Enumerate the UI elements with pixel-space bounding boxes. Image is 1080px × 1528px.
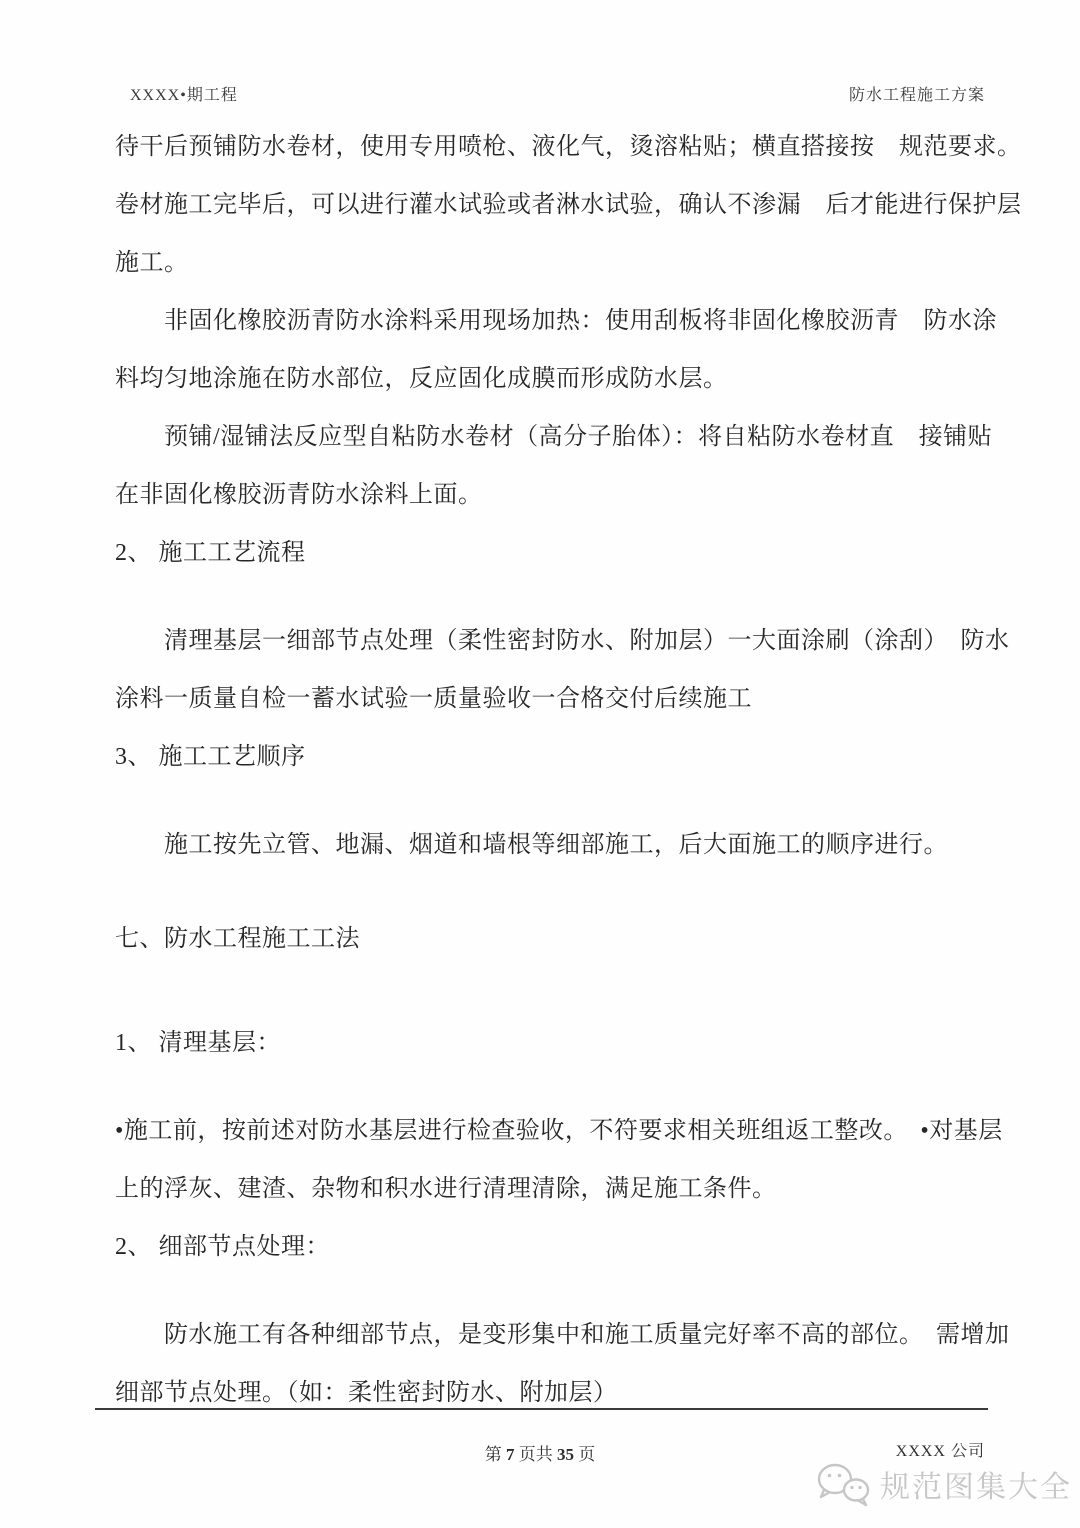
page-number-middle: 页共 [515,1445,558,1464]
document-body: 待干后预铺防水卷材，使用专用喷枪、液化气，烫溶粘贴；横直搭接按 规范要求。卷材施… [115,118,985,1422]
page-number-prefix: 第 [485,1445,506,1464]
chat-bubbles-icon [814,1460,872,1508]
paragraph: 非固化橡胶沥青防水涂料采用现场加热：使用刮板将非固化橡胶沥青 防水涂料均匀地涂施… [115,292,985,408]
document-page: XXXX•期工程 防水工程施工方案 待干后预铺防水卷材，使用专用喷枪、液化气，烫… [0,0,1080,1528]
text-line: 2、 施工工艺流程 [115,524,985,582]
page-header: XXXX•期工程 防水工程施工方案 [130,82,985,105]
watermark: 规范图集大全 [814,1460,1072,1508]
paragraph: 预铺/湿铺法反应型自粘防水卷材（高分子胎体）：将自粘防水卷材直 接铺贴在非固化橡… [115,408,985,524]
text-line: 料均匀地涂施在防水部位，反应固化成膜而形成防水层。 [115,350,985,408]
paragraph: 清理基层一细部节点处理（柔性密封防水、附加层）一大面涂刷（涂刮） 防水涂料一质量… [115,612,985,728]
text-line: 细部节点处理。（如：柔性密封防水、附加层） [115,1364,985,1422]
text-line: 待干后预铺防水卷材，使用专用喷枪、液化气，烫溶粘贴；横直搭接按 规范要求。 [115,118,985,176]
header-project-title: XXXX•期工程 [130,82,238,105]
text-line: 在非固化橡胶沥青防水涂料上面。 [115,466,985,524]
text-line: 预铺/湿铺法反应型自粘防水卷材（高分子胎体）：将自粘防水卷材直 接铺贴 [115,408,985,466]
paragraph: 防水施工有各种细部节点，是变形集中和施工质量完好率不高的部位。 需增加细部节点处… [115,1306,985,1422]
paragraph: •施工前，按前述对防水基层进行检查验收，不符要求相关班组返工整改。 •对基层上的… [115,1102,985,1218]
text-line: 卷材施工完毕后，可以进行灌水试验或者淋水试验，确认不渗漏 后才能进行保护层 [115,176,985,234]
paragraph: 待干后预铺防水卷材，使用专用喷枪、液化气，烫溶粘贴；横直搭接按 规范要求。卷材施… [115,118,985,292]
text-line: 涂料一质量自检一蓄水试验一质量验收一合格交付后续施工 [115,670,985,728]
text-line: •施工前，按前述对防水基层进行检查验收，不符要求相关班组返工整改。 •对基层 [115,1102,985,1160]
text-line: 3、 施工工艺顺序 [115,728,985,786]
watermark-text: 规范图集大全 [880,1462,1072,1506]
page-number-suffix: 页 [574,1445,595,1464]
section-heading: 2、 细部节点处理： [115,1218,985,1276]
text-line: 2、 细部节点处理： [115,1218,985,1276]
text-line: 非固化橡胶沥青防水涂料采用现场加热：使用刮板将非固化橡胶沥青 防水涂 [115,292,985,350]
page-number-current: 7 [506,1445,515,1464]
text-line: 清理基层一细部节点处理（柔性密封防水、附加层）一大面涂刷（涂刮） 防水 [115,612,985,670]
paragraph: 施工按先立管、地漏、烟道和墙根等细部施工，后大面施工的顺序进行。 [115,816,985,874]
text-line: 施工。 [115,234,985,292]
section-heading: 七、防水工程施工工法 [115,910,985,968]
company-name: XXXX 公司 [896,1438,985,1461]
page-number-total: 35 [557,1445,574,1464]
header-document-title: 防水工程施工方案 [849,82,985,105]
section-heading: 1、 清理基层： [115,1014,985,1072]
section-heading: 3、 施工工艺顺序 [115,728,985,786]
text-line: 七、防水工程施工工法 [115,910,985,968]
text-line: 1、 清理基层： [115,1014,985,1072]
text-line: 施工按先立管、地漏、烟道和墙根等细部施工，后大面施工的顺序进行。 [115,816,985,874]
section-heading: 2、 施工工艺流程 [115,524,985,582]
footer-divider [95,1408,988,1410]
text-line: 防水施工有各种细部节点，是变形集中和施工质量完好率不高的部位。 需增加 [115,1306,985,1364]
text-line: 上的浮灰、建渣、杂物和积水进行清理清除，满足施工条件。 [115,1160,985,1218]
